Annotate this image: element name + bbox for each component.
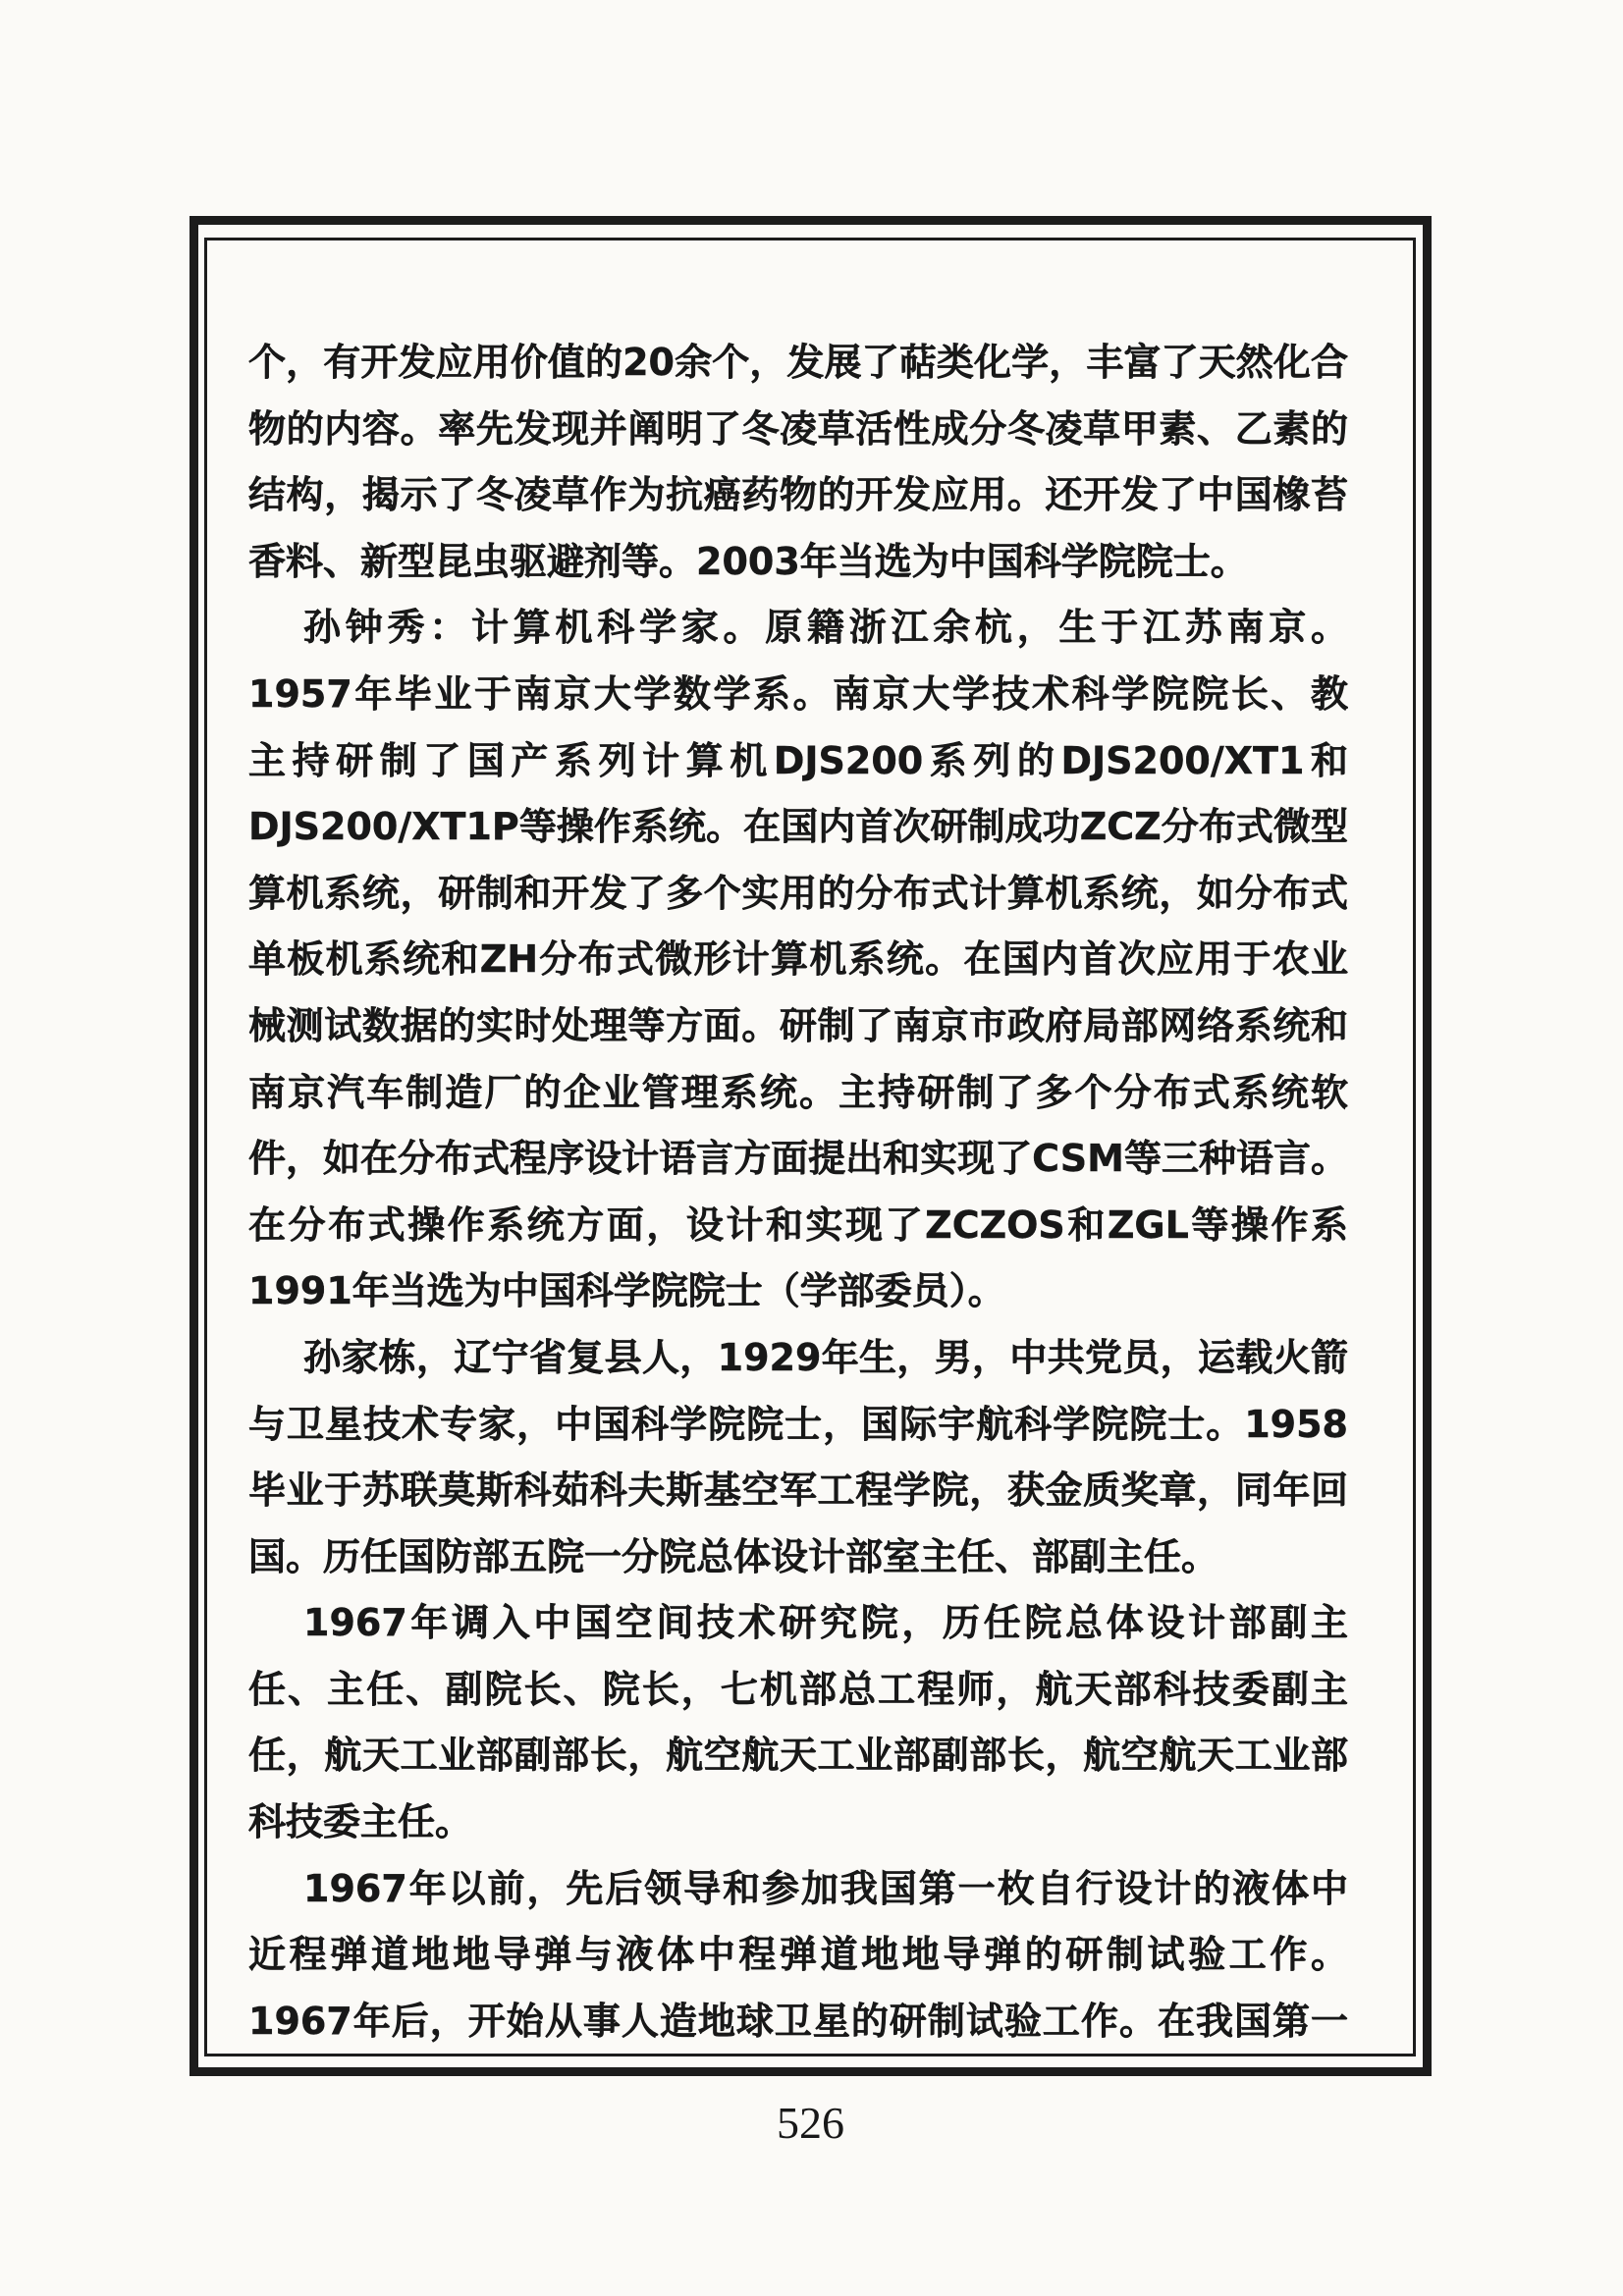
text-line-25: 近程弹道地地导弹与液体中程弹道地地导弹的研制试验工作。 <box>248 1922 1348 1989</box>
text-line-9: 算机系统，研制和开发了多个实用的分布式计算机系统，如分布式 <box>248 861 1348 928</box>
text-line-24: 1967年以前，先后领导和参加我国第一枚自行设计的液体中 <box>248 1856 1348 1923</box>
text-line-26: 1967年后，开始从事人造地球卫星的研制试验工作。在我国第一颗 <box>248 1989 1348 2056</box>
text-line-8: DJS200/XT1P等操作系统。在国内首次研制成功ZCZ分布式微型计 <box>248 794 1348 861</box>
text-line-10: 单板机系统和ZH分布式微形计算机系统。在国内首次应用于农业机 <box>248 927 1348 993</box>
text-line-12: 南京汽车制造厂的企业管理系统。主持研制了多个分布式系统软 <box>248 1060 1348 1127</box>
text-line-2: 物的内容。率先发现并阐明了冬凌草活性成分冬凌草甲素、乙素的 <box>248 397 1348 463</box>
text-line-23: 科技委主任。 <box>248 1789 1348 1856</box>
text-line-20: 1967年调入中国空间技术研究院，历任院总体设计部副主 <box>248 1590 1348 1657</box>
text-line-15: 1991年当选为中国科学院院士（学部委员）。 <box>248 1258 1348 1325</box>
page-text: 个，有开发应用价值的20余个，发展了萜类化学，丰富了天然化合物的内容。率先发现并… <box>248 330 1348 2055</box>
text-line-13: 件，如在分布式程序设计语言方面提出和实现了CSM等三种语言。 <box>248 1126 1348 1193</box>
text-line-3: 结构，揭示了冬凌草作为抗癌药物的开发应用。还开发了中国橡苔 <box>248 462 1348 529</box>
text-line-17: 与卫星技术专家，中国科学院院士，国际宇航科学院院士。1958年 <box>248 1392 1348 1459</box>
text-line-6: 1957年毕业于南京大学数学系。南京大学技术科学院院长、教授。 <box>248 662 1348 728</box>
text-line-16: 孙家栋，辽宁省复县人，1929年生，男，中共党员，运载火箭 <box>248 1325 1348 1392</box>
page-number: 526 <box>189 2097 1432 2149</box>
text-line-19: 国。历任国防部五院一分院总体设计部室主任、部副主任。 <box>248 1524 1348 1591</box>
scanned-book-page: { "document": { "page_number": "526", "t… <box>0 0 1623 2296</box>
text-line-1: 个，有开发应用价值的20余个，发展了萜类化学，丰富了天然化合 <box>248 330 1348 397</box>
text-line-14: 在分布式操作系统方面，设计和实现了ZCZOS和ZGL等操作系统。 <box>248 1193 1348 1259</box>
text-line-22: 任，航天工业部副部长，航空航天工业部副部长，航空航天工业部 <box>248 1723 1348 1789</box>
text-line-7: 主持研制了国产系列计算机DJS200系列的DJS200/XT1和 <box>248 728 1348 795</box>
text-line-18: 毕业于苏联莫斯科茹科夫斯基空军工程学院，获金质奖章，同年回 <box>248 1458 1348 1524</box>
text-line-11: 械测试数据的实时处理等方面。研制了南京市政府局部网络系统和 <box>248 993 1348 1060</box>
text-line-21: 任、主任、副院长、院长，七机部总工程师，航天部科技委副主 <box>248 1657 1348 1724</box>
text-line-4: 香料、新型昆虫驱避剂等。2003年当选为中国科学院院士。 <box>248 529 1348 596</box>
text-line-5: 孙钟秀：计算机科学家。原籍浙江余杭，生于江苏南京。 <box>248 595 1348 662</box>
